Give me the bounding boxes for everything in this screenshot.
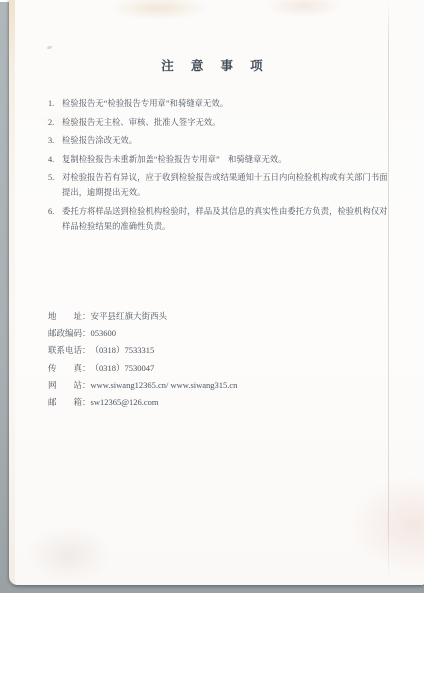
- note-item-5: 5. 对检验报告若有异议，应于收到检验报告或结果通知十五日内向检验机构或有关部门…: [48, 170, 395, 200]
- note-number: 1.: [48, 96, 62, 111]
- note-text: 检验报告无“检验报告专用章”和骑缝章无效。: [62, 96, 395, 111]
- contact-value: （0318）7530047: [91, 360, 155, 377]
- contact-website-row: 网 站： www.siwang12365.cn/ www.siwang315.c…: [48, 377, 237, 394]
- contact-postcode-row: 邮政编码： 053600: [48, 325, 237, 342]
- contact-value: sw12365@126.com: [91, 394, 159, 411]
- contact-value: （0318）7533315: [91, 342, 155, 359]
- note-text: 复制检验报告未重新加盖“检验报告专用章” 和骑缝章无效。: [62, 152, 395, 167]
- notes-list: 1. 检验报告无“检验报告专用章”和骑缝章无效。 2. 检验报告无主检、审核、批…: [48, 96, 395, 237]
- contact-email-row: 邮 箱： sw12365@126.com: [48, 394, 237, 411]
- contact-label: 邮政编码：: [48, 325, 91, 342]
- note-number: 4.: [48, 152, 62, 167]
- note-item-2: 2. 检验报告无主检、审核、批准人签字无效。: [48, 115, 395, 130]
- paper-fold-line: [388, 0, 389, 584]
- note-item-4: 4. 复制检验报告未重新加盖“检验报告专用章” 和骑缝章无效。: [48, 152, 395, 167]
- note-number: 5.: [48, 170, 62, 200]
- contact-fax-row: 传 真： （0318）7530047: [48, 360, 237, 377]
- contact-label: 地 址：: [48, 308, 91, 325]
- page-title: 注 意 事 项: [0, 56, 424, 74]
- note-item-3: 3. 检验报告涂改无效。: [48, 133, 395, 148]
- contact-phone-row: 联系电话： （0318）7533315: [48, 342, 237, 359]
- note-number: 6.: [48, 204, 62, 234]
- paper-edge-streak: [9, 0, 15, 585]
- note-item-6: 6. 委托方将样品送到检验机构检验时，样品及其信息的真实性由委托方负责，检验机构…: [48, 204, 395, 234]
- note-text: 对检验报告若有异议，应于收到检验报告或结果通知十五日内向检验机构或有关部门书面提…: [62, 170, 395, 200]
- note-text: 委托方将样品送到检验机构检验时，样品及其信息的真实性由委托方负责，检验机构仅对样…: [62, 204, 395, 234]
- contact-label: 网 站：: [48, 377, 91, 394]
- paper-sheet: [9, 0, 424, 585]
- contact-label: 联系电话：: [48, 342, 91, 359]
- scanned-page: 注 意 事 项 1. 检验报告无“检验报告专用章”和骑缝章无效。 2. 检验报告…: [0, 0, 424, 700]
- note-item-1: 1. 检验报告无“检验报告专用章”和骑缝章无效。: [48, 96, 395, 111]
- contact-address-row: 地 址： 安平县红旗大街西头: [48, 308, 237, 325]
- contact-label: 邮 箱：: [48, 394, 91, 411]
- note-text: 检验报告无主检、审核、批准人签字无效。: [62, 115, 395, 130]
- contact-value: www.siwang12365.cn/ www.siwang315.cn: [91, 377, 238, 394]
- contact-value: 安平县红旗大街西头: [91, 308, 168, 325]
- note-number: 3.: [48, 133, 62, 148]
- note-number: 2.: [48, 115, 62, 130]
- contact-label: 传 真：: [48, 360, 91, 377]
- note-text: 检验报告涂改无效。: [62, 133, 395, 148]
- contact-block: 地 址： 安平县红旗大街西头 邮政编码： 053600 联系电话： （0318）…: [48, 308, 237, 411]
- contact-value: 053600: [91, 325, 117, 342]
